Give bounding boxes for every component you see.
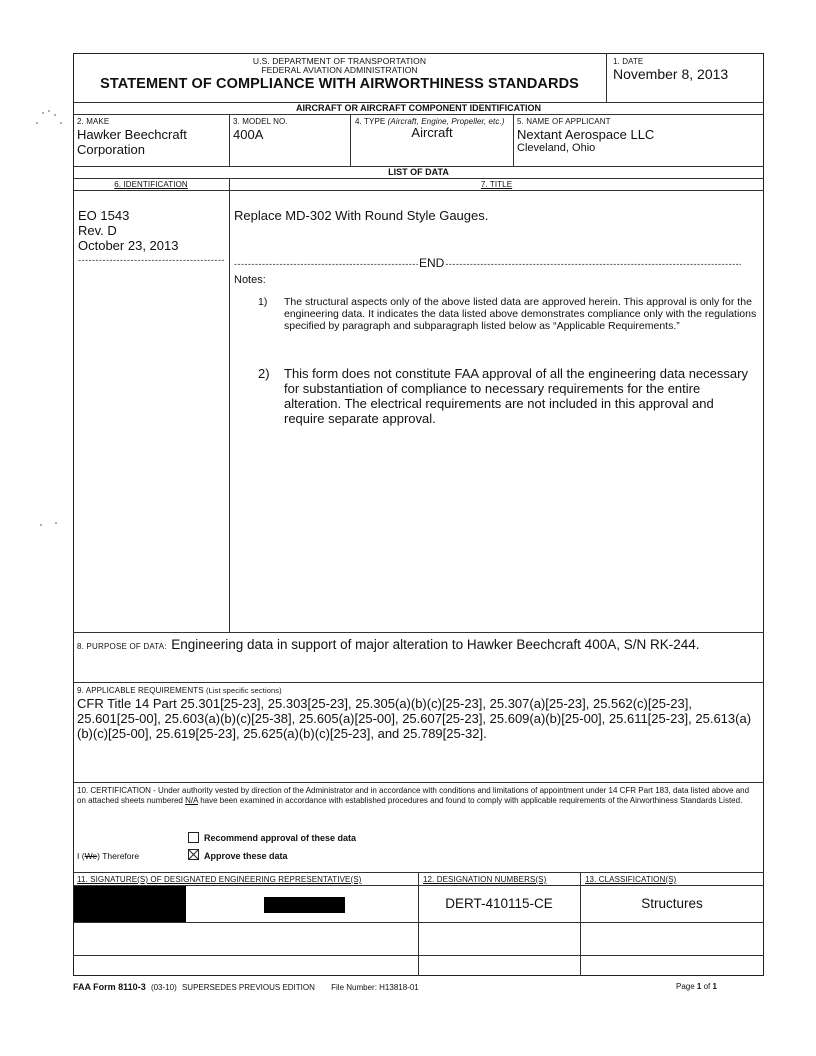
type-value: Aircraft xyxy=(351,125,513,140)
identification-line-1: EO 1543 xyxy=(78,208,129,223)
divider xyxy=(73,178,764,179)
identification-band-title: AIRCRAFT OR AIRCRAFT COMPONENT IDENTIFIC… xyxy=(73,103,764,113)
certification-text-after: have been examined in accordance with es… xyxy=(198,796,742,805)
purpose-value: Engineering data in support of major alt… xyxy=(171,637,699,652)
therefore-prefix: I ( xyxy=(77,851,85,861)
checkmark-x-icon xyxy=(188,849,199,860)
approve-data-checkbox[interactable] xyxy=(188,849,199,860)
scan-speck xyxy=(60,122,62,124)
purpose-label: 8. PURPOSE OF DATA: xyxy=(77,642,167,651)
divider xyxy=(73,782,764,783)
end-marker: ----------------------------------------… xyxy=(234,256,741,270)
form-title: STATEMENT OF COMPLIANCE WITH AIRWORTHINE… xyxy=(73,76,606,92)
divider xyxy=(73,632,764,633)
page-of: of xyxy=(701,982,712,991)
scan-speck xyxy=(36,122,38,124)
file-number: File Number: H13818-01 xyxy=(331,983,419,992)
identification-line-3: October 23, 2013 xyxy=(78,238,178,253)
page-prefix: Page xyxy=(676,982,697,991)
list-of-data-band-title: LIST OF DATA xyxy=(73,167,764,177)
divider xyxy=(229,114,230,166)
make-value-line1: Hawker Beechcraft xyxy=(77,127,187,142)
note-2-number: 2) xyxy=(258,366,270,381)
make-label: 2. MAKE xyxy=(77,117,109,126)
date-value: November 8, 2013 xyxy=(613,66,728,82)
notes-label: Notes: xyxy=(234,274,266,287)
designation-number: DERT-410115-CE xyxy=(418,896,580,911)
make-value-line2: Corporation xyxy=(77,142,145,157)
divider xyxy=(606,53,607,102)
sheets-numbered-value: N/A xyxy=(185,796,198,805)
requirements-label-hint: (List specific sections) xyxy=(206,686,282,695)
requirements-label-text: 9. APPLICABLE REQUIREMENTS xyxy=(77,686,204,695)
applicant-label: 5. NAME OF APPLICANT xyxy=(517,117,611,126)
end-dashes-right: ----------------------------------------… xyxy=(445,259,741,269)
end-marker-text: END xyxy=(418,256,445,270)
requirements-value: CFR Title 14 Part 25.301[25-23], 25.303[… xyxy=(77,696,757,741)
applicant-name: Nextant Aerospace LLC xyxy=(517,127,654,142)
certification-text: 10. CERTIFICATION - Under authority vest… xyxy=(77,786,757,806)
therefore-label: I (We) Therefore xyxy=(77,851,139,861)
form-number: FAA Form 8110-3 xyxy=(73,982,146,992)
signature-column-header: 11. SIGNATURE(S) OF DESIGNATED ENGINEERI… xyxy=(77,875,361,884)
scan-speck xyxy=(48,110,50,112)
divider xyxy=(73,190,764,191)
requirements-label: 9. APPLICABLE REQUIREMENTS (List specifi… xyxy=(77,686,282,695)
note-2-text: This form does not constitute FAA approv… xyxy=(284,366,754,426)
redacted-signature xyxy=(74,886,186,922)
divider xyxy=(73,922,764,923)
designation-column-header: 12. DESIGNATION NUMBERS(S) xyxy=(423,875,546,884)
divider xyxy=(229,178,230,632)
divider xyxy=(513,114,514,166)
title-column-header: 7. TITLE xyxy=(229,180,764,189)
classification-column-header: 13. CLASSIFICATION(S) xyxy=(585,875,676,884)
form-footer: FAA Form 8110-3 (03-10) SUPERSEDES PREVI… xyxy=(73,982,419,992)
applicant-location: Cleveland, Ohio xyxy=(517,142,595,155)
supersedes-note: SUPERSEDES PREVIOUS EDITION xyxy=(182,983,315,992)
divider xyxy=(73,114,764,115)
scan-speck xyxy=(42,112,44,114)
note-1-number: 1) xyxy=(258,296,267,308)
scan-speck xyxy=(40,524,42,526)
recommend-approval-label: Recommend approval of these data xyxy=(204,833,356,843)
identification-separator: ----------------------------------------… xyxy=(78,255,225,265)
model-value: 400A xyxy=(233,127,263,142)
title-value: Replace MD-302 With Round Style Gauges. xyxy=(234,208,488,223)
recommend-approval-checkbox[interactable] xyxy=(188,832,199,843)
page-total: 1 xyxy=(712,982,716,991)
redacted-name xyxy=(264,897,345,913)
classification-value: Structures xyxy=(580,896,764,911)
identification-line-2: Rev. D xyxy=(78,223,117,238)
divider xyxy=(73,955,764,956)
purpose-of-data: 8. PURPOSE OF DATA: Engineering data in … xyxy=(77,636,700,654)
divider xyxy=(580,872,581,976)
scan-speck xyxy=(54,114,56,116)
note-1-text: The structural aspects only of the above… xyxy=(284,296,760,332)
agency-name: FEDERAL AVIATION ADMINISTRATION xyxy=(73,65,606,75)
scan-speck xyxy=(55,522,57,524)
date-label: 1. DATE xyxy=(613,57,643,66)
form-8110-3 xyxy=(73,53,764,976)
model-label: 3. MODEL NO. xyxy=(233,117,288,126)
therefore-suffix: ) Therefore xyxy=(97,851,139,861)
divider xyxy=(350,114,351,166)
page-indicator: Page 1 of 1 xyxy=(676,982,717,991)
divider xyxy=(418,872,419,976)
end-dashes-left: ----------------------------------------… xyxy=(234,259,418,269)
approve-data-label: Approve these data xyxy=(204,851,288,861)
form-revision: (03-10) xyxy=(151,983,177,992)
identification-column-header: 6. IDENTIFICATION xyxy=(73,180,229,189)
therefore-struck: We xyxy=(85,851,98,861)
divider xyxy=(73,682,764,683)
